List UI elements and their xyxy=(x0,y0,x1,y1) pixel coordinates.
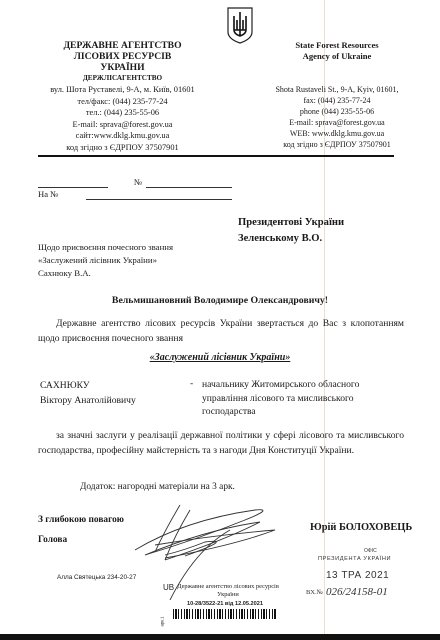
addressee-name: Зеленському В.О. xyxy=(238,231,344,247)
number-field-line xyxy=(146,187,232,188)
addressee-title: Президентові України xyxy=(238,215,344,231)
nominee: САХНЮКУ Віктору Анатолійовичу xyxy=(40,378,136,408)
salutation: Вельмишановний Володимире Олександровичу… xyxy=(0,295,440,306)
subject-line3: Сахнюку В.А. xyxy=(38,267,173,280)
letterhead-ukrainian: ДЕРЖАВНЕ АГЕНТСТВО ЛІСОВИХ РЕСУРСІВ УКРА… xyxy=(40,40,205,154)
intro-paragraph: Державне агентство лісових ресурсів Укра… xyxy=(38,316,404,346)
closing-regards: З глибокою повагою xyxy=(38,510,124,530)
org-web-en: WEB: www.dklg.kmu.gov.ua xyxy=(262,128,412,139)
stamp-date: 13 ТРА 2021 xyxy=(326,570,389,581)
org-name-line1: ДЕРЖАВНЕ АГЕНТСТВО xyxy=(40,40,205,51)
registration-number: 10-28/3522-21 від 12.05.2021 xyxy=(169,601,281,607)
org-tel: тел.: (044) 235-55-06 xyxy=(40,107,205,119)
org-address-en: Shota Rustaveli St., 9-A, Kyiv, 01601, xyxy=(262,84,412,95)
barcode xyxy=(173,609,277,619)
registration-prefix: UB xyxy=(163,583,174,592)
closing: З глибокою повагою Голова xyxy=(38,510,124,550)
org-telfax: тел/факс: (044) 235-77-24 xyxy=(40,96,205,108)
org-edrpou: код згідно з ЄДРПОУ 37507901 xyxy=(40,142,205,154)
org-address: вул. Шота Руставелі, 9-А, м. Київ, 01601 xyxy=(40,84,205,96)
signer-name: Юрій БОЛОХОВЕЦЬ xyxy=(310,522,412,533)
org-fax-en: fax: (044) 235-77-24 xyxy=(262,95,412,106)
stamp-in-number: 026/24158-01 xyxy=(326,586,388,598)
org-name-en-line2: Agency of Ukraine xyxy=(262,51,412,62)
org-email-en: E-mail: sprava@forest.gov.ua xyxy=(262,117,412,128)
closing-position: Голова xyxy=(38,530,124,550)
letterhead-english: State Forest Resources Agency of Ukraine… xyxy=(262,40,412,150)
org-name-en-line1: State Forest Resources xyxy=(262,40,412,51)
tryzub-coat-of-arms-icon xyxy=(226,6,254,44)
registration-side-label: арк.1 xyxy=(159,617,164,627)
stamp-office: ОФІС xyxy=(364,548,377,554)
subject-line2: «Заслужений лісівник України» xyxy=(38,254,173,267)
addressee: Президентові України Зеленському В.О. xyxy=(238,215,344,247)
merits-paragraph: за значні заслуги у реалізації державної… xyxy=(38,428,404,458)
subject: Щодо присвоєння почесного звання «Заслуж… xyxy=(38,241,173,280)
org-name-line2: ЛІСОВИХ РЕСУРСІВ xyxy=(40,51,205,62)
org-phone-en: phone (044) 235-55-06 xyxy=(262,106,412,117)
org-name-line3: УКРАЇНИ xyxy=(40,62,205,73)
stamp-president: ПРЕЗИДЕНТА УКРАЇНИ xyxy=(318,556,391,562)
honorary-title: «Заслужений лісівник України» xyxy=(0,352,440,363)
org-edrpou-en: код згідно з ЄДРПОУ 37507901 xyxy=(262,139,412,150)
header-divider xyxy=(38,155,394,157)
number-label: № xyxy=(134,177,142,187)
org-email: E-mail: sprava@forest.gov.ua xyxy=(40,119,205,131)
executor-contact: Алла Святецька 234-20-27 xyxy=(57,574,136,581)
subject-line1: Щодо присвоєння почесного звання xyxy=(38,241,173,254)
nominee-name: Віктору Анатолійовичу xyxy=(40,393,136,408)
reply-number-label: На № xyxy=(38,189,58,199)
nominee-position: начальнику Житомирського обласного управ… xyxy=(202,378,382,419)
registration-org: Державне агентство лісових ресурсів Укра… xyxy=(177,583,279,599)
stamp-in-label: ВХ.№ xyxy=(306,589,323,596)
reply-number-field-line xyxy=(86,199,232,200)
nominee-surname: САХНЮКУ xyxy=(40,378,136,393)
org-site: сайт:www.dklg.kmu.gov.ua xyxy=(40,130,205,142)
scan-bottom-edge xyxy=(0,634,440,640)
nominee-dash: - xyxy=(190,378,193,389)
date-field-line xyxy=(38,187,108,188)
org-short-name: ДЕРЖЛІСАГЕНТСТВО xyxy=(40,73,205,84)
